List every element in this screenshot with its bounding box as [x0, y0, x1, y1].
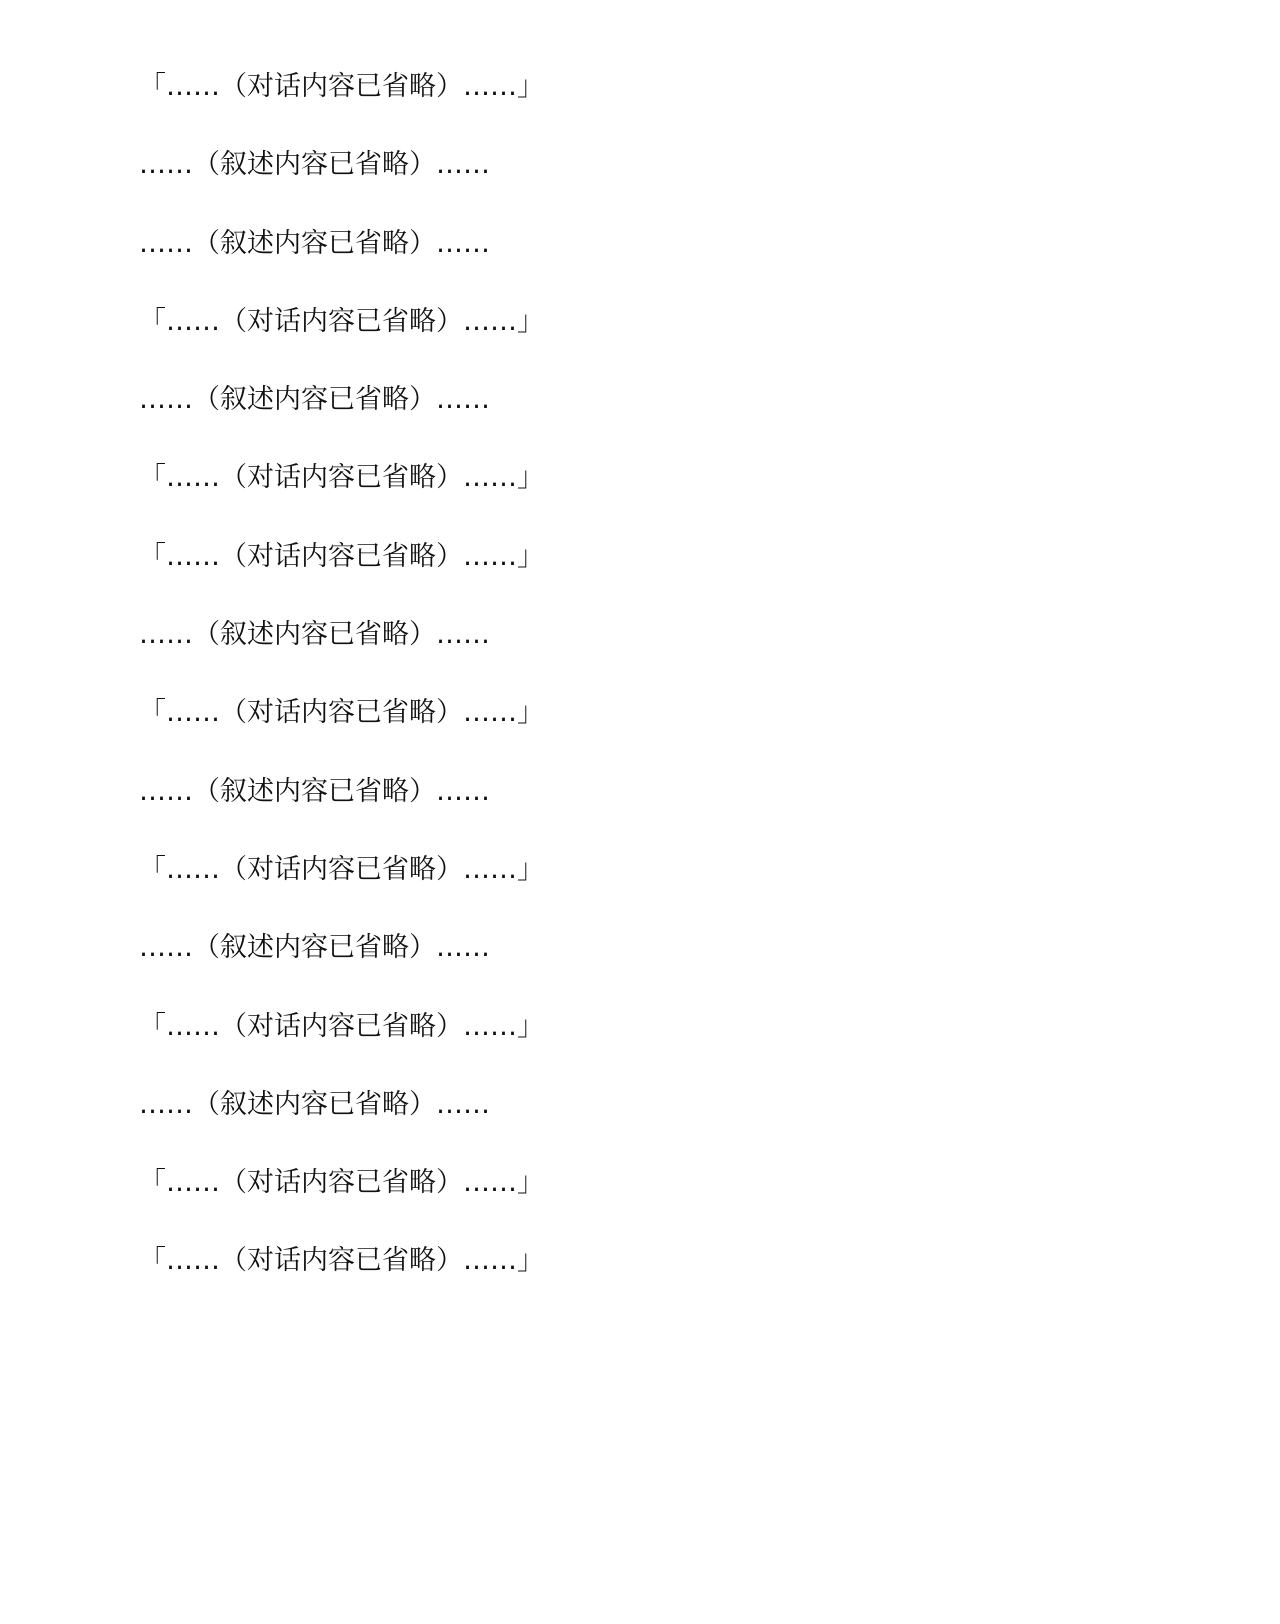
paragraph: ……（叙述内容已省略）……	[85, 909, 1195, 987]
paragraph: 「……（对话内容已省略）……」	[85, 1144, 1195, 1222]
paragraph: ……（叙述内容已省略）……	[85, 596, 1195, 674]
paragraph: ……（叙述内容已省略）……	[85, 1066, 1195, 1144]
paragraph: ……（叙述内容已省略）……	[85, 753, 1195, 831]
paragraph: 「……（对话内容已省略）……」	[85, 439, 1195, 517]
paragraph: 「……（对话内容已省略）……」	[85, 518, 1195, 596]
paragraph: 「……（对话内容已省略）……」	[85, 48, 1195, 126]
document-page: 「……（对话内容已省略）……」……（叙述内容已省略）…………（叙述内容已省略）……	[0, 0, 1280, 1624]
paragraph: ……（叙述内容已省略）……	[85, 205, 1195, 283]
paragraph: ……（叙述内容已省略）……	[85, 361, 1195, 439]
paragraph: 「……（对话内容已省略）……」	[85, 831, 1195, 909]
paragraph-list: 「……（对话内容已省略）……」……（叙述内容已省略）…………（叙述内容已省略）……	[85, 48, 1195, 1301]
paragraph: ……（叙述内容已省略）……	[85, 126, 1195, 204]
paragraph: 「……（对话内容已省略）……」	[85, 283, 1195, 361]
paragraph: 「……（对话内容已省略）……」	[85, 674, 1195, 752]
paragraph: 「……（对话内容已省略）……」	[85, 988, 1195, 1066]
paragraph: 「……（对话内容已省略）……」	[85, 1222, 1195, 1300]
